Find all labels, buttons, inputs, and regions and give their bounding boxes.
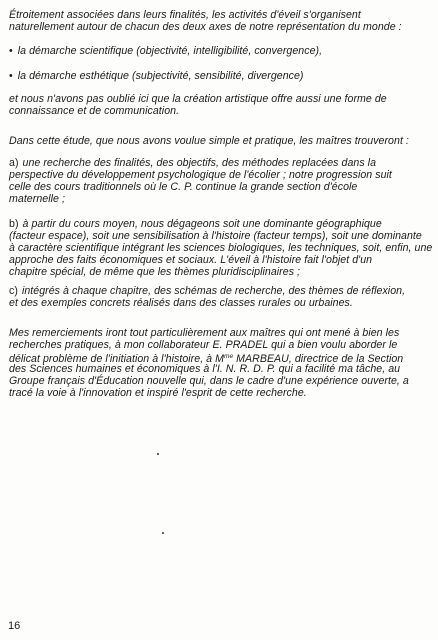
ack-line-5: Groupe français d'Éducation nouvelle qui… <box>9 375 409 387</box>
intro-line-2: naturellement autour de chacun des deux … <box>9 21 402 33</box>
item-b-line-4: approche des faits économiques et sociau… <box>9 254 372 266</box>
page-number: 16 <box>8 620 20 632</box>
bullet-item-scientific: •la démarche scientifique (objectivité, … <box>9 45 322 57</box>
ack-superscript: me <box>224 353 233 360</box>
item-a-line-3: celle des cours traditionnels où le C. P… <box>9 181 357 193</box>
item-c-label: c) <box>9 285 18 297</box>
item-c-text: intégrés à chaque chapitre, des schémas … <box>22 285 405 297</box>
ack-line-1: Mes remerciements iront tout particulièr… <box>9 327 399 339</box>
item-b-line-1: b)à partir du cours moyen, nous dégageon… <box>9 218 382 230</box>
intro-line-1: Étroitement associées dans leurs finalit… <box>9 9 361 21</box>
scan-speck <box>157 453 159 455</box>
document-page: Étroitement associées dans leurs finalit… <box>0 0 438 640</box>
item-a-line-2: perspective du développement psychologiq… <box>9 169 392 181</box>
item-c-line-2: et des exemples concrets réalisés dans d… <box>9 297 353 309</box>
item-a-line-4: maternelle ; <box>9 193 65 205</box>
item-b-label: b) <box>9 218 19 230</box>
item-b-text: à partir du cours moyen, nous dégageons … <box>23 218 382 230</box>
ack-line-2: recherches pratiques, à mon collaborateu… <box>9 339 397 351</box>
study-intro: Dans cette étude, que nous avons voulue … <box>9 135 409 147</box>
bullet-text: la démarche esthétique (subjectivité, se… <box>18 70 304 82</box>
scan-speck <box>162 532 164 534</box>
bullet-icon: • <box>9 70 13 82</box>
item-a-line-1: a)une recherche des finalités, des objec… <box>9 157 376 169</box>
bullet-item-aesthetic: •la démarche esthétique (subjectivité, s… <box>9 70 304 82</box>
item-b-line-3: à caractère scientifique intégrant les s… <box>9 242 432 254</box>
bullet-icon: • <box>9 45 13 57</box>
item-b-line-5: chapitre spécial, de même que les thèmes… <box>9 266 300 278</box>
item-a-text: une recherche des finalités, des objecti… <box>23 157 377 169</box>
bullet-text: la démarche scientifique (objectivité, i… <box>18 45 322 57</box>
item-b-line-2: (facteur espace), soit une sensibilisati… <box>9 230 422 242</box>
conclusion-line-2: connaissance et de communication. <box>9 105 179 117</box>
conclusion-line-1: et nous n'avons pas oublié ici que la cr… <box>9 93 387 105</box>
item-c-line-1: c)intégrés à chaque chapitre, des schéma… <box>9 285 405 297</box>
ack-line-6: tracé la voie à l'innovation et inspiré … <box>9 387 307 399</box>
ack-line-4: des Sciences humaines et économiques à l… <box>9 363 400 375</box>
item-a-label: a) <box>9 157 19 169</box>
